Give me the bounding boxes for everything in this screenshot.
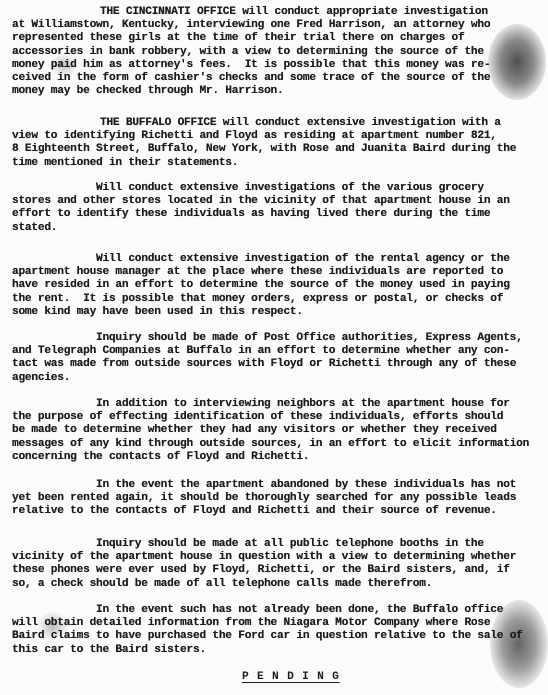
paragraph-rental-agency: Will conduct extensive investigation of … xyxy=(12,253,542,319)
paragraph-grocery-stores: Will conduct extensive investigations of… xyxy=(12,182,542,235)
paragraph-niagara-motor: In the event such has not already been d… xyxy=(12,604,542,657)
paragraph-line: money may be checked through Mr. Harriso… xyxy=(12,85,542,98)
paragraph-line: messages of any kind through outside sou… xyxy=(12,438,542,451)
paragraph-line: effort to identify these individuals as … xyxy=(12,208,542,221)
paragraph-line: some kind may have been used in this res… xyxy=(12,306,542,319)
paragraph-line: In addition to interviewing neighbors at… xyxy=(12,398,542,411)
paragraph-line: so, a check should be made of all teleph… xyxy=(12,578,542,591)
status-pending: P E N D I N G xyxy=(242,671,340,683)
document-page: THE CINCINNATI OFFICE will conduct appro… xyxy=(0,0,548,695)
paragraph-line: have resided in an effort to determine t… xyxy=(12,279,542,292)
paragraph-line: Will conduct extensive investigations of… xyxy=(12,182,542,195)
paragraph-line: Inquiry should be made at all public tel… xyxy=(12,538,542,551)
paragraph-neighbors: In addition to interviewing neighbors at… xyxy=(12,398,542,464)
paragraph-line: money paid him as attorney's fees. It is… xyxy=(12,59,542,72)
paragraph-line: concerning the contacts of Floyd and Ric… xyxy=(12,451,542,464)
paragraph-line: Inquiry should be made of Post Office au… xyxy=(12,332,542,345)
paragraph-line: Will conduct extensive investigation of … xyxy=(12,253,542,266)
paragraph-line: THE CINCINNATI OFFICE will conduct appro… xyxy=(12,6,542,19)
paragraph-line: Baird claims to have purchased the Ford … xyxy=(12,630,542,643)
paragraph-line: tact was made from outside sources with … xyxy=(12,358,542,371)
paragraph-line: the rent. It is possible that money orde… xyxy=(12,293,542,306)
paragraph-apartment-search: In the event the apartment abandoned by … xyxy=(12,479,542,519)
paragraph-line: be made to determine whether they had an… xyxy=(12,424,542,437)
paragraph-line: and Telegraph Companies at Buffalo in an… xyxy=(12,345,542,358)
paragraph-line: time mentioned in their statements. xyxy=(12,157,542,170)
paragraph-line: will obtain detailed information from th… xyxy=(12,617,542,630)
paragraph-line: relative to the contacts of Floyd and Ri… xyxy=(12,505,542,518)
paragraph-line: view to identifying Richetti and Floyd a… xyxy=(12,130,542,143)
paragraph-post-office: Inquiry should be made of Post Office au… xyxy=(12,332,542,385)
paragraph-line: THE BUFFALO OFFICE will conduct extensiv… xyxy=(12,117,542,130)
paragraph-line: 8 Eighteenth Street, Buffalo, New York, … xyxy=(12,143,542,156)
paragraph-line: In the event such has not already been d… xyxy=(12,604,542,617)
paragraph-line: represented these girls at the time of t… xyxy=(12,32,542,45)
paragraph-line: at Williamstown, Kentucky, interviewing … xyxy=(12,19,542,32)
paragraph-line: yet been rented again, it should be thor… xyxy=(12,492,542,505)
paragraph-line: vicinity of the apartment house in quest… xyxy=(12,551,542,564)
paragraph-line: stores and other stores located in the v… xyxy=(12,195,542,208)
paragraph-line: agencies. xyxy=(12,372,542,385)
paragraph-line: the purpose of effecting identification … xyxy=(12,411,542,424)
paragraph-line: apartment house manager at the place whe… xyxy=(12,266,542,279)
paragraph-line: ceived in the form of cashier's checks a… xyxy=(12,72,542,85)
paragraph-line: stated. xyxy=(12,222,542,235)
paragraph-line: accessories in bank robbery, with a view… xyxy=(12,46,542,59)
paragraph-buffalo-office: THE BUFFALO OFFICE will conduct extensiv… xyxy=(12,117,542,170)
paragraph-cincinnati-office: THE CINCINNATI OFFICE will conduct appro… xyxy=(12,6,542,98)
paragraph-line: In the event the apartment abandoned by … xyxy=(12,479,542,492)
paragraph-line: these phones were ever used by Floyd, Ri… xyxy=(12,564,542,577)
paragraph-telephone-booths: Inquiry should be made at all public tel… xyxy=(12,538,542,591)
paragraph-line: this car to the Baird sisters. xyxy=(12,644,542,657)
